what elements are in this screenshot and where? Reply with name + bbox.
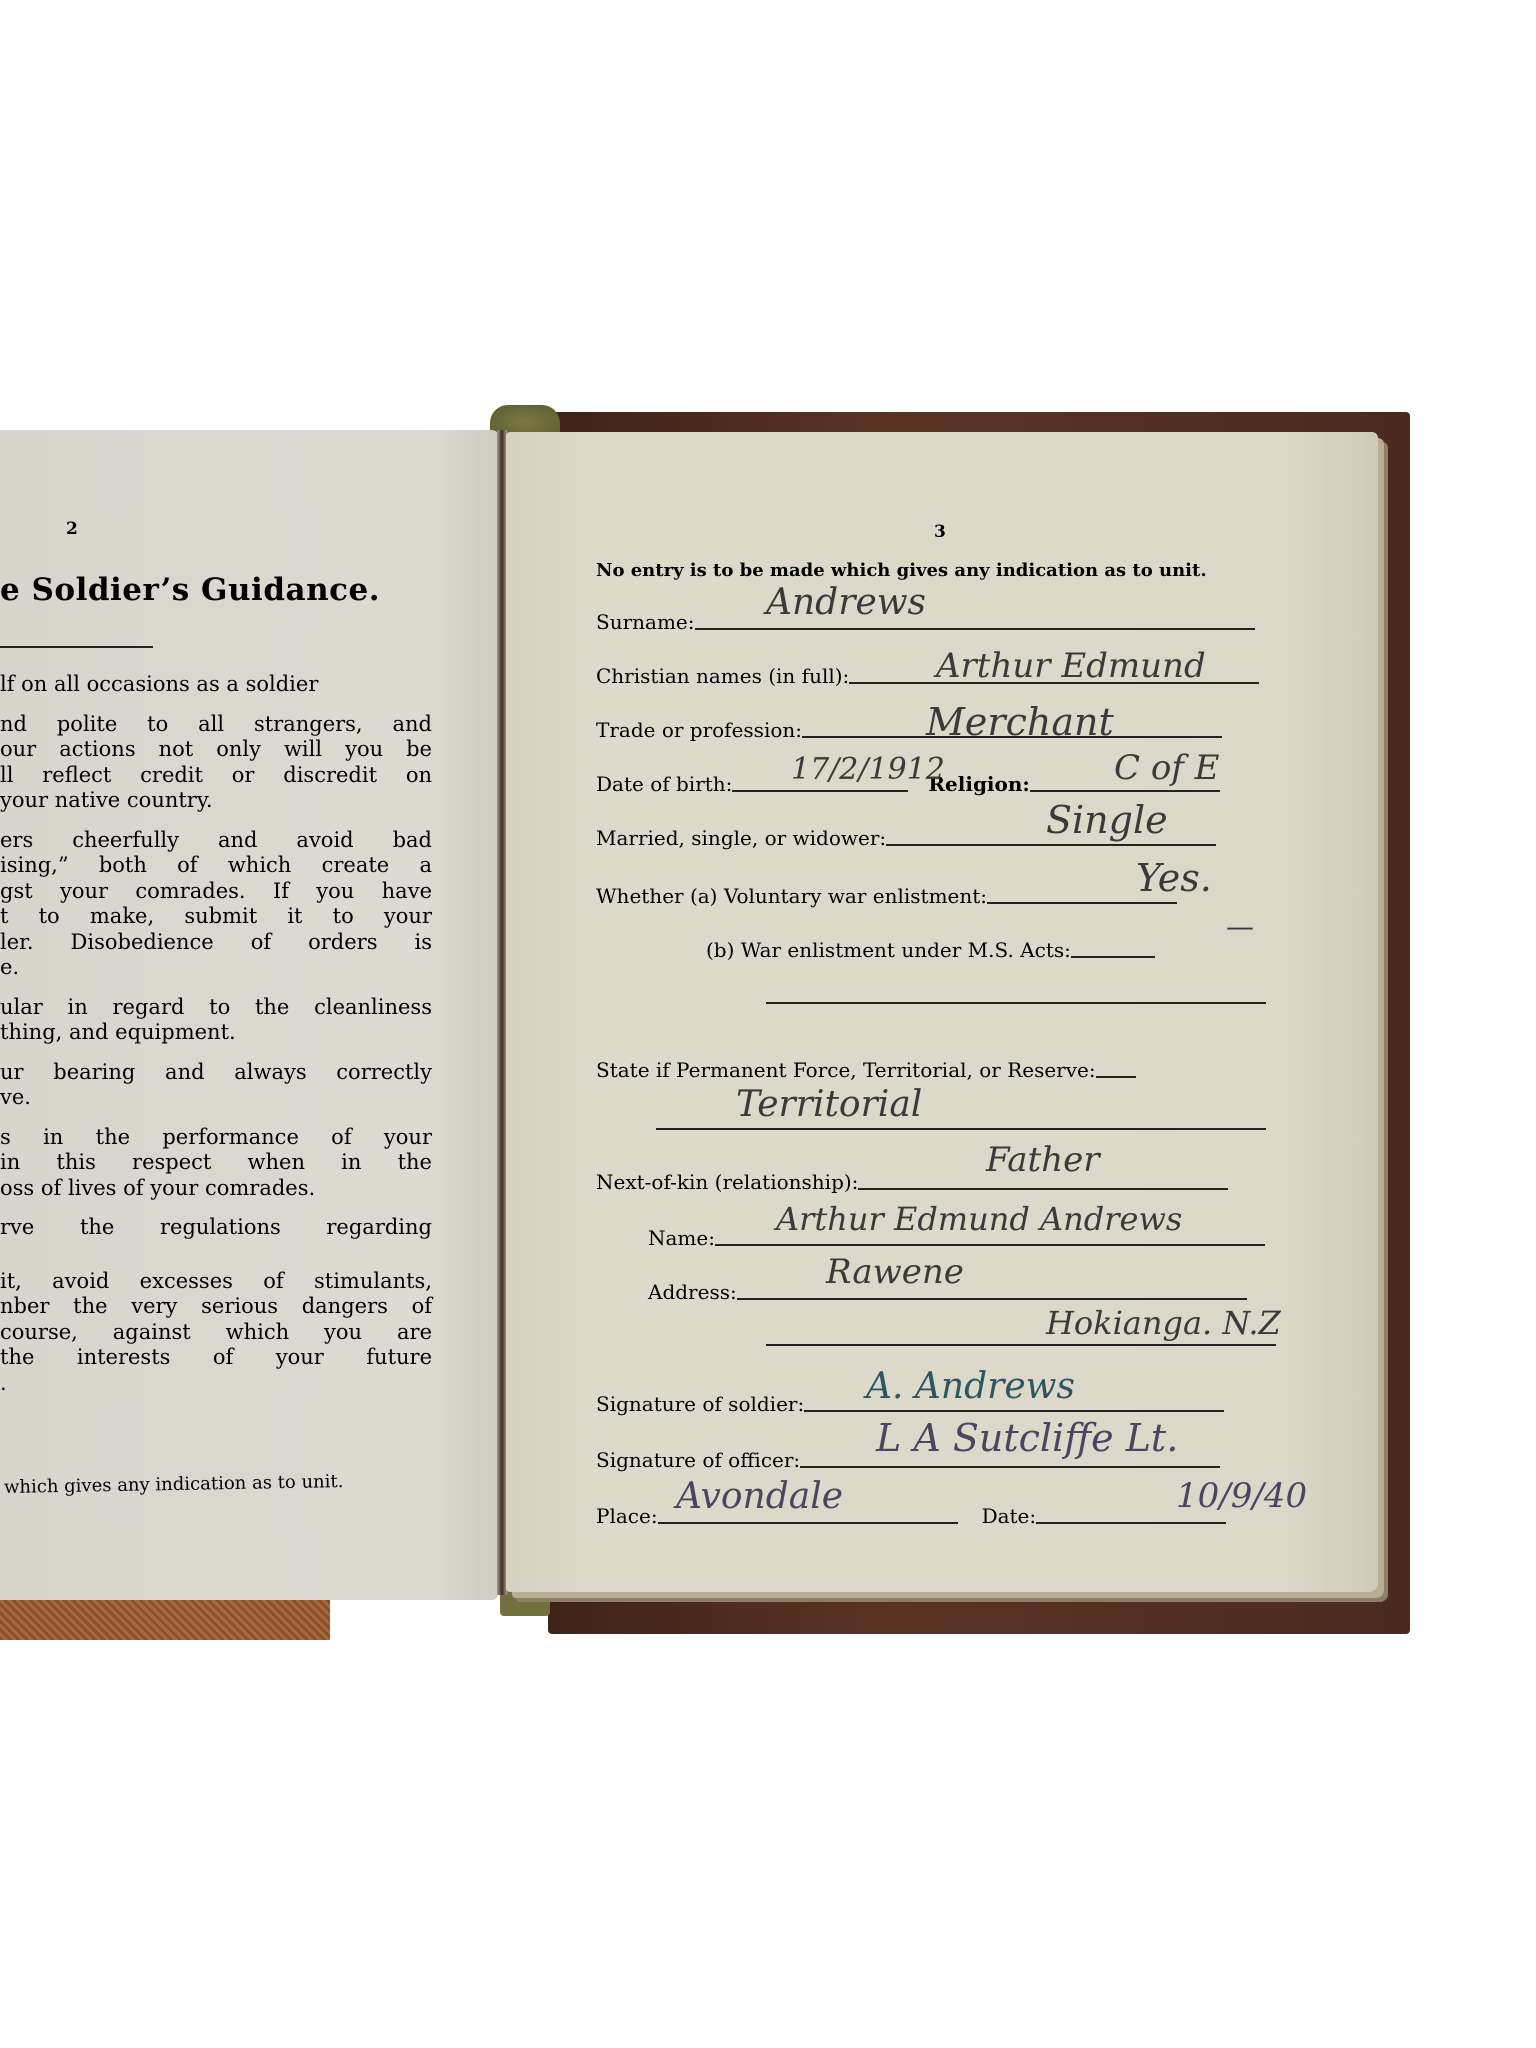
handwritten-nok-relationship: Father <box>986 1140 1100 1180</box>
field-line <box>804 1410 1224 1412</box>
text-line: in this respect when in the <box>0 1150 432 1176</box>
field-label: Surname: <box>596 610 695 634</box>
field-label: (b) War enlistment under M.S. Acts: <box>706 938 1071 962</box>
field-label: Next-of-kin (relationship): <box>596 1170 858 1194</box>
book-cover-left-edge <box>0 1600 330 1640</box>
text-line: ular in regard to the cleanliness <box>0 995 432 1021</box>
text-line: ve. <box>0 1085 432 1111</box>
text-line: the interests of your future <box>0 1345 432 1371</box>
text-line: ler. Disobedience of orders is <box>0 930 432 956</box>
handwritten-nok-name: Arthur Edmund Andrews <box>776 1200 1182 1238</box>
field-line <box>1030 790 1220 792</box>
field-line <box>858 1188 1228 1190</box>
handwritten-force-type: Territorial <box>736 1084 922 1125</box>
nok-relationship-field: Next-of-kin (relationship): <box>596 1170 1228 1194</box>
handwritten-dob: 17/2/1912 <box>791 752 945 787</box>
field-line-extra <box>766 1002 1266 1004</box>
right-page-number: 3 <box>934 522 946 542</box>
field-label: Address: <box>648 1280 737 1304</box>
field-line <box>800 1466 1220 1468</box>
field-line <box>886 844 1216 846</box>
field-label: State if Permanent Force, Territorial, o… <box>596 1058 1096 1082</box>
field-label: Whether (a) Voluntary war enlistment: <box>596 884 987 908</box>
handwritten-nok-address: Rawene <box>826 1252 964 1292</box>
text-line: ers cheerfully and avoid bad <box>0 828 432 854</box>
text-line: t to make, submit it to your <box>0 904 432 930</box>
handwritten-trade: Merchant <box>926 700 1114 744</box>
text-line: our actions not only will you be <box>0 737 432 763</box>
text-line: gst your comrades. If you have <box>0 879 432 905</box>
field-label: Place: <box>596 1504 658 1528</box>
title-rule <box>0 646 153 648</box>
field-line <box>732 790 908 792</box>
field-label: Date of birth: <box>596 772 732 796</box>
text-line: your native country. <box>0 788 432 814</box>
form-warning: No entry is to be made which gives any i… <box>596 560 1207 581</box>
text-line: thing, and equipment. <box>0 1020 432 1046</box>
text-line: ising,” both of which create a <box>0 853 432 879</box>
ms-acts-field: (b) War enlistment under M.S. Acts: <box>706 938 1155 962</box>
handwritten-place: Avondale <box>676 1476 843 1517</box>
left-page-number: 2 <box>66 519 78 539</box>
field-label: Trade or profession: <box>596 718 802 742</box>
field-label: Christian names (in full): <box>596 664 849 688</box>
handwritten-christian-names: Arthur Edmund <box>936 646 1206 686</box>
text-line: course, against which you are <box>0 1320 432 1346</box>
field-line <box>737 1298 1247 1300</box>
text-line: oss of lives of your comrades. <box>0 1176 432 1202</box>
field-line <box>715 1244 1265 1246</box>
handwritten-voluntary: Yes. <box>1136 856 1212 900</box>
text-line: rve the regulations regarding <box>0 1215 432 1241</box>
handwritten-marital-status: Single <box>1046 798 1168 842</box>
field-line <box>695 628 1255 630</box>
field-line <box>1096 1076 1136 1078</box>
field-label: Signature of soldier: <box>596 1392 804 1416</box>
field-label: Married, single, or widower: <box>596 826 886 850</box>
text-line: . <box>0 1371 432 1397</box>
field-line-address-2 <box>766 1344 1276 1346</box>
text-line: ll reflect credit or discredit on <box>0 763 432 789</box>
left-page-title: e Soldier’s Guidance. <box>0 572 380 608</box>
text-line: lf on all occasions as a soldier <box>0 672 432 698</box>
text-line: s in the performance of your <box>0 1125 432 1151</box>
voluntary-enlistment-field: Whether (a) Voluntary war enlistment: <box>596 884 1177 908</box>
field-label: Name: <box>648 1226 715 1250</box>
handwritten-nok-address-line2: Hokianga. N.Z <box>1046 1304 1281 1342</box>
field-line <box>658 1522 958 1524</box>
field-line <box>1036 1522 1226 1524</box>
text-line: it, avoid excesses of stimulants, <box>0 1269 432 1295</box>
text-line: ur bearing and always correctly <box>0 1060 432 1086</box>
handwritten-surname: Andrews <box>766 582 926 623</box>
text-line: nber the very serious dangers of <box>0 1294 432 1320</box>
officer-signature: L A Sutcliffe Lt. <box>876 1416 1178 1460</box>
text-line: nd polite to all strangers, and <box>0 712 432 738</box>
field-line <box>987 902 1177 904</box>
trade-field: Trade or profession: <box>596 718 1222 742</box>
field-label: Signature of officer: <box>596 1448 800 1472</box>
field-line <box>1071 956 1155 958</box>
text-line: e. <box>0 955 432 981</box>
force-type-field: State if Permanent Force, Territorial, o… <box>596 1058 1136 1082</box>
left-page-body: lf on all occasions as a soldier nd poli… <box>0 672 432 1396</box>
soldier-signature: A. Andrews <box>866 1366 1075 1407</box>
handwritten-religion: C of E <box>1114 748 1220 788</box>
handwritten-date: 10/9/40 <box>1176 1476 1307 1516</box>
field-line-force-type <box>656 1128 1266 1130</box>
field-label: Date: <box>982 1504 1037 1528</box>
handwritten-ms-acts: — <box>1226 910 1254 943</box>
